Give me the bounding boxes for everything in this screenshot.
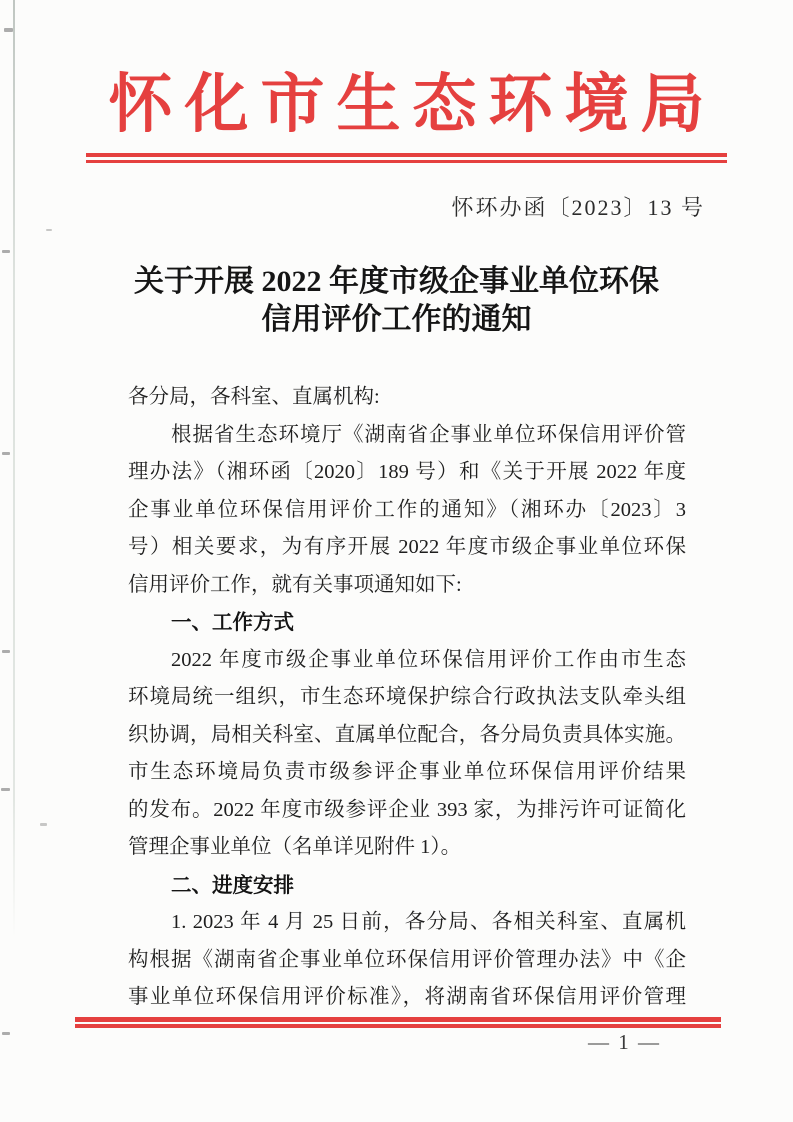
body-line: 的发布。2022 年度市级参评企业 393 家，为排污许可证简化 — [128, 792, 686, 830]
scan-mark — [2, 250, 10, 253]
body-line: 信用评价工作，就有关事项通知如下: — [128, 567, 686, 605]
body-line: 企事业单位环保信用评价工作的通知》（湘环办〔2023〕3 — [128, 492, 686, 530]
body-line: 各分局，各科室、直属机构: — [128, 379, 686, 417]
document-page: 怀化市生态环境局 怀环办函〔2023〕13 号 关于开展 2022 年度市级企事… — [0, 0, 793, 1122]
agency-name: 怀化市生态环境局 — [86, 70, 727, 140]
body-line: 构根据《湖南省企事业单位环保信用评价管理办法》中《企 — [128, 942, 686, 980]
rule-band — [86, 160, 727, 163]
body-line: 织协调，局相关科室、直属单位配合，各分局负责具体实施。 — [128, 717, 686, 755]
body-line: 环境局统一组织，市生态环境保护综合行政执法支队牵头组 — [128, 679, 686, 717]
body-line: 二、进度安排 — [128, 867, 686, 905]
footer-double-rule — [75, 1017, 721, 1028]
scan-mark — [2, 650, 10, 653]
rule-band — [75, 1024, 721, 1028]
body-line: 1. 2023 年 4 月 25 日前，各分局、各相关科室、直属机 — [128, 904, 686, 942]
document-title: 关于开展 2022 年度市级企事业单位环保 信用评价工作的通知 — [118, 263, 675, 339]
scan-mark — [4, 28, 13, 32]
body-line: 理办法》（湘环函〔2020〕189 号）和《关于开展 2022 年度 — [128, 454, 686, 492]
scan-mark — [46, 229, 52, 231]
body-line: 根据省生态环境厅《湖南省企事业单位环保信用评价管 — [128, 417, 686, 455]
scan-mark — [2, 452, 10, 455]
document-body: 各分局，各科室、直属机构:根据省生态环境厅《湖南省企事业单位环保信用评价管理办法… — [128, 379, 686, 1017]
body-line: 2022 年度市级企事业单位环保信用评价工作由市生态 — [128, 642, 686, 680]
scan-mark — [2, 1032, 10, 1035]
body-line: 管理企事业单位（名单详见附件 1）。 — [128, 829, 686, 867]
scan-edge-line — [13, 0, 15, 938]
doc-number: 怀环办函〔2023〕13 号 — [451, 195, 705, 221]
scan-mark — [1, 788, 10, 791]
document-title-line-2: 信用评价工作的通知 — [118, 301, 675, 339]
body-line: 号）相关要求，为有序开展 2022 年度市级企事业单位环保 — [128, 529, 686, 567]
scan-mark — [40, 823, 47, 826]
body-line: 市生态环境局负责市级参评企事业单位环保信用评价结果 — [128, 754, 686, 792]
letterhead-double-rule — [86, 153, 727, 163]
page-number: — 1 — — [588, 1030, 661, 1054]
letterhead: 怀化市生态环境局 — [86, 70, 727, 163]
body-line: 一、工作方式 — [128, 604, 686, 642]
body-line: 事业单位环保信用评价标准》，将湖南省环保信用评价管理 — [128, 979, 686, 1017]
document-title-line-1: 关于开展 2022 年度市级企事业单位环保 — [118, 263, 675, 301]
